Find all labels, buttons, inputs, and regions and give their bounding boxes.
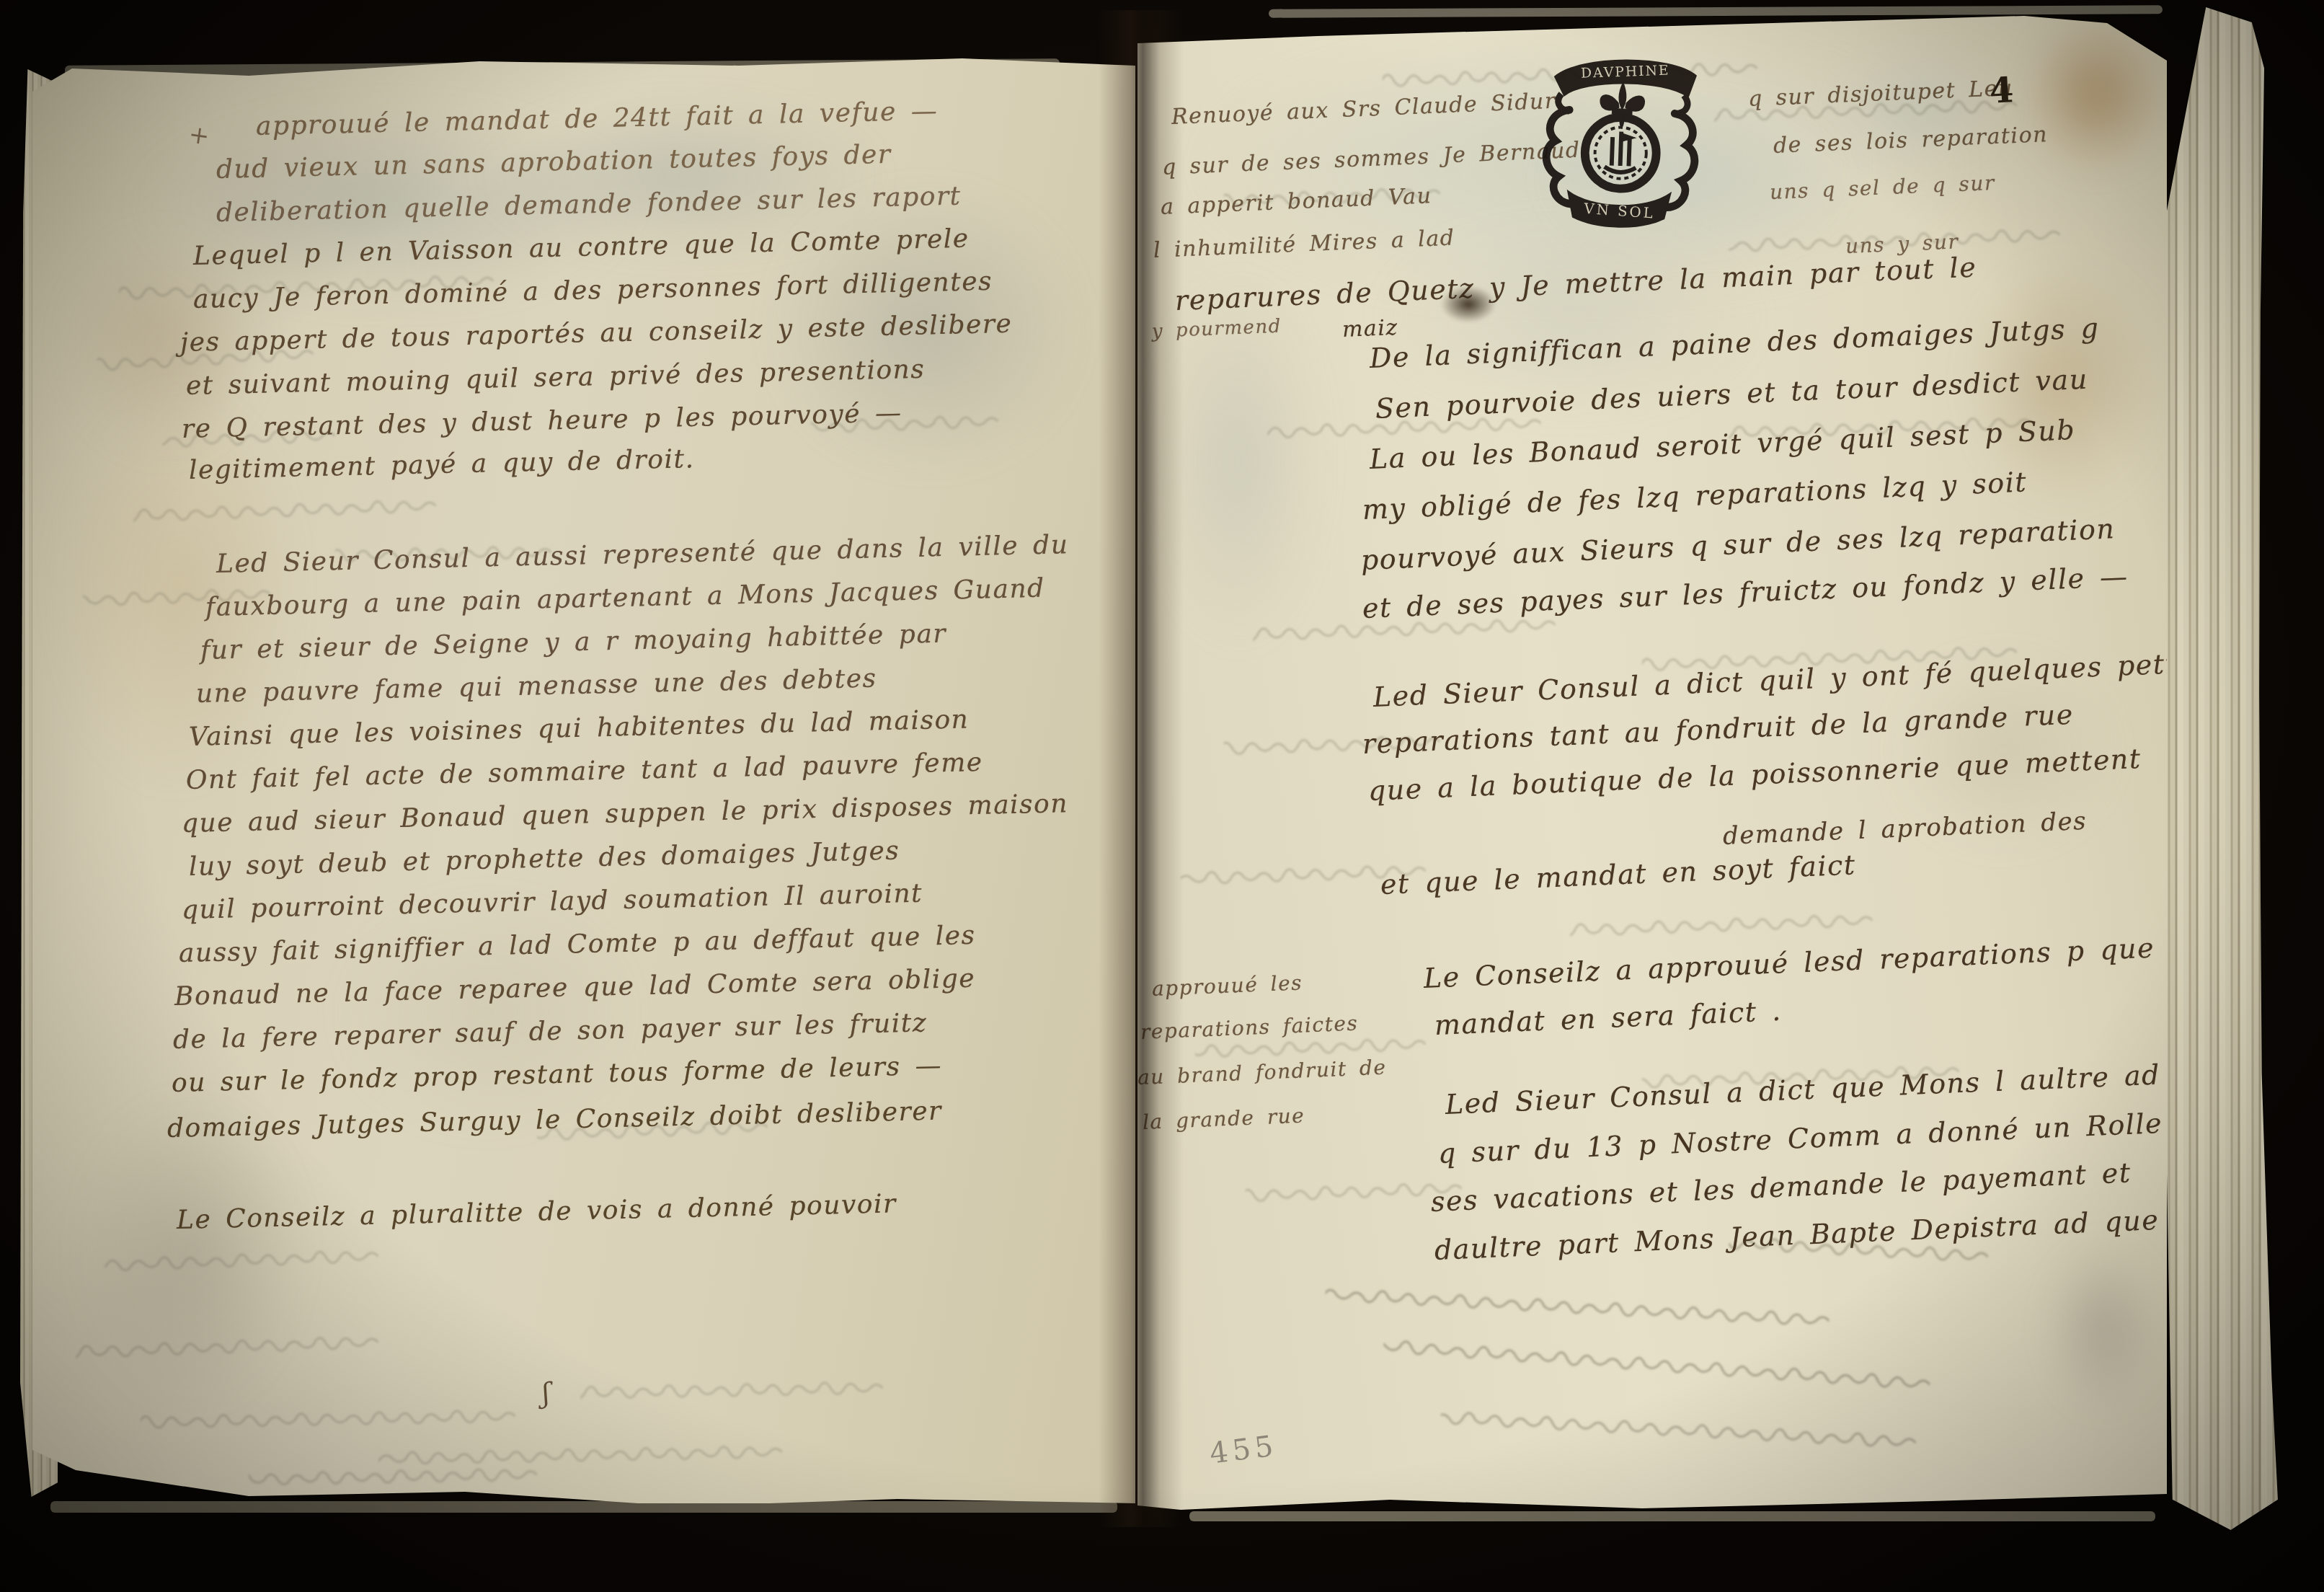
manuscript-line: et que le mandat en soyt faict: [1380, 849, 1856, 901]
manuscript-line: l inhumilité Mires a lad: [1153, 225, 1455, 263]
manuscript-line: Le Conseilz a pluralitte de vois a donné…: [177, 1189, 897, 1235]
manuscript-line: Sen pourvoie des uiers et ta tour desdic…: [1375, 363, 2088, 425]
folio-page-number: 4: [1989, 70, 2015, 112]
pencil-folio-number: 455: [1208, 1429, 1279, 1470]
manuscript-line: mandat en sera faict .: [1434, 995, 1782, 1041]
manuscript-line: et suivant mouing quil sera privé des pr…: [186, 355, 926, 401]
manuscript-line: deliberation quelle demande fondee sur l…: [216, 182, 962, 228]
manuscript-line: Ont fait fel acte de sommaire tant a lad…: [186, 748, 984, 795]
paper-stain: [2046, 1240, 2161, 1413]
manuscript-line: La ou les Bonaud seroit vrgé quil sest p…: [1369, 414, 2076, 475]
manuscript-line: la grande rue: [1142, 1104, 1305, 1134]
manuscript-line: y pourmend: [1151, 315, 1282, 342]
manuscript-line: a apperit bonaud Vau: [1160, 183, 1432, 220]
manuscript-line: fauxbourg a une pain apartenant a Mons J…: [205, 574, 1046, 622]
paper-stain: [335, 890, 638, 1136]
manuscript-line: daultre part Mons Jean Bapte Depistra ad…: [1434, 1204, 2160, 1266]
right-page-top-edge: [1269, 5, 2163, 17]
manuscript-line: que aud sieur Bonaud quen suppen le prix…: [182, 789, 1069, 839]
manuscript-line: une pauvre fame qui menasse une des debt…: [196, 664, 877, 709]
manuscript-line: aucy Je feron dominé a des personnes for…: [193, 267, 993, 314]
manuscript-line: q sur disjoitupet Leu: [1747, 76, 2013, 112]
manuscript-line: Led Sieur Consul a dict quil y ont fé qu…: [1372, 645, 2232, 713]
manuscript-line: q sur de ses sommes Je Bernaud: [1161, 138, 1581, 180]
manuscript-line: re Q restant des y dust heure p les pour…: [182, 398, 902, 444]
bleed-through-writing: [76, 1332, 379, 1366]
manuscript-line: au brand fondruit de: [1137, 1056, 1387, 1089]
manuscript-line: Lequel p l en Vaisson au contre que la C…: [193, 224, 970, 271]
manuscript-line: reparations faictes: [1140, 1011, 1359, 1044]
manuscript-line: luy soyt deub et prophette des domaiges …: [189, 836, 900, 882]
manuscript-line: dud vieux un sans aprobation toutes foys…: [216, 140, 892, 185]
corner-cross-mark: +: [187, 120, 211, 151]
paper-stain: [2024, 14, 2168, 173]
bleed-through-writing: [1383, 1337, 1930, 1398]
left-page: approuué le mandat de 24tt fait a la vef…: [32, 40, 1135, 1503]
manuscript-line: Bonaud ne la face reparee que lad Comte …: [174, 964, 976, 1012]
manuscript-line: fur et sieur de Seigne y a r moyaing hab…: [200, 619, 947, 665]
manuscript-line: Renuoyé aux Srs Claude Sidur: [1171, 89, 1556, 130]
bottom-pen-mark: ʃ: [541, 1377, 551, 1410]
manuscript-photo: approuué le mandat de 24tt fait a la vef…: [0, 0, 2324, 1592]
manuscript-line: legitimement payé a quy de droit.: [189, 444, 695, 485]
manuscript-line: uns q sel de q sur: [1769, 171, 1995, 204]
bleed-through-writing: [378, 1442, 782, 1472]
bleed-through-writing: [105, 1246, 379, 1278]
fiscal-stamp: DAVPHINE VN SOL: [1525, 43, 1718, 231]
manuscript-line: de la fere reparer sauf de son payer sur…: [173, 1008, 928, 1055]
manuscript-line: ses vacations et les demande le payemant…: [1430, 1157, 2132, 1218]
manuscript-line: de ses lois reparation: [1773, 122, 2048, 159]
bleed-through-writing: [1325, 1285, 1830, 1335]
manuscript-line: De la signiffican a paine des domaiges J…: [1369, 312, 2100, 374]
manuscript-line: Le Conseilz a approuué lesd reparations …: [1423, 932, 2155, 994]
bleed-through-writing: [141, 1406, 515, 1436]
manuscript-line: aussy fait signiffier a lad Comte p au d…: [179, 921, 976, 968]
manuscript-line: Led Sieur Consul a aussi representé que …: [216, 530, 1069, 579]
stamp-center-ship: [1605, 131, 1637, 173]
bleed-through-writing: [133, 496, 437, 530]
manuscript-line: quil pourroint decouvrir layd soumation …: [182, 879, 923, 925]
fore-edge-page-stack: [2163, 7, 2287, 1530]
manuscript-line: approuué les: [1151, 970, 1303, 1001]
manuscript-line: ou sur le fondz prop restant tous forme …: [172, 1051, 943, 1098]
manuscript-line: jes appert de tous raportés au conseilz …: [180, 309, 1013, 358]
bleed-through-writing: [1246, 1179, 1463, 1209]
stamp-top-banner-text: DAVPHINE: [1581, 63, 1670, 81]
manuscript-line: reparures de Quetz y Je mettre la main p…: [1174, 251, 1977, 317]
bleed-through-writing: [1440, 1408, 1917, 1456]
bleed-through-writing: [249, 1465, 537, 1493]
manuscript-line: domaiges Jutges Surguy le Conseilz doibt…: [167, 1097, 943, 1144]
manuscript-line: maiz: [1341, 315, 1398, 342]
left-page-bottom-edge: [50, 1501, 1117, 1513]
manuscript-line: demande l aprobation des: [1722, 807, 2088, 851]
right-page-bottom-edge: [1189, 1511, 2155, 1521]
right-page: Renuoyé aux Srs Claude Sidurq sur disjoi…: [1137, 14, 2168, 1514]
manuscript-line: Vainsi que les voisines qui habitentes d…: [189, 704, 970, 752]
bleed-through-writing: [1570, 911, 1873, 945]
manuscript-line: approuué le mandat de 24tt fait a la vef…: [256, 97, 939, 141]
manuscript-line: my obligé de fes lzq reparations lzq y s…: [1362, 466, 2028, 526]
bleed-through-writing: [580, 1378, 883, 1406]
